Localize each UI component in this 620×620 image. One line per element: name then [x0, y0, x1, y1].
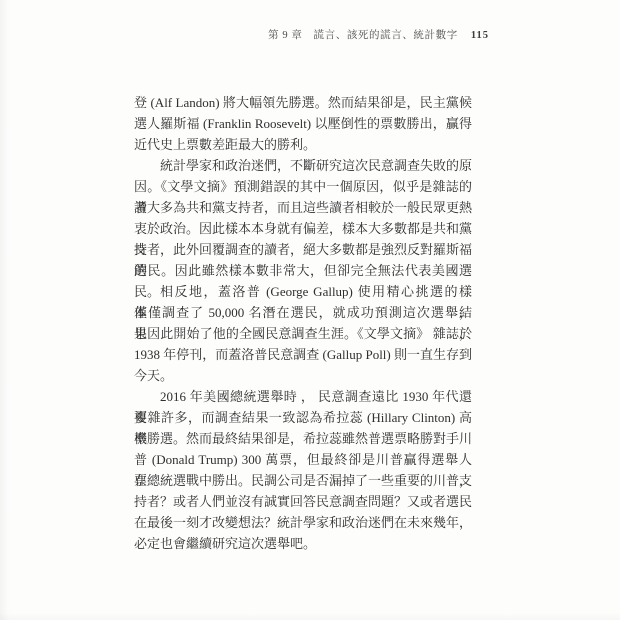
paragraph: 登 (Alf Landon) 將大幅領先勝選。然而結果卻是，民主黨候選人羅斯福 …	[134, 92, 472, 155]
text-line: 2016 年美國總統選舉時 ， 民意調查遠比 1930 年代還要	[134, 386, 472, 407]
text-line: 複雜許多，而調查結果一致認為希拉蕊 (Hillary Clinton) 高機	[134, 407, 472, 428]
text-line: 選民。因此雖然樣本數非常大，但卻完全無法代表美國選民。	[134, 260, 472, 281]
text-line: 衷於政治。因此樣本本身就有偏差，樣本大多數都是共和黨支	[134, 218, 472, 239]
text-line: 也因此開始了他的全國民意調查生涯。《文學文摘》 雜誌於	[134, 323, 472, 344]
text-line: 1938 年停刊，而蓋洛普民意調查 (Gallup Poll) 則一直生存到	[134, 344, 472, 365]
book-page: 第 9 章謊言、該死的謊言、統計數字115 登 (Alf Landon) 將大幅…	[0, 0, 620, 620]
text-line: 今天。	[134, 365, 472, 386]
paragraph: 相反地，蓋洛普 (George Gallup) 使用精心挑選的樣本，僅僅調查了 …	[134, 281, 472, 386]
text-line: 選人羅斯福 (Franklin Roosevelt) 以壓倒性的票數勝出，贏得	[134, 113, 472, 134]
page-number: 115	[471, 30, 489, 41]
text-line: 統計學家和政治迷們，不斷研究這次民意調查失敗的原	[134, 155, 472, 176]
text-line: 登 (Alf Landon) 將大幅領先勝選。然而結果卻是，民主黨候	[134, 92, 472, 113]
scan-edge-bottom	[0, 613, 620, 620]
text-line: 普 (Donald Trump) 300 萬票，但最終卻是川普贏得選舉人票，	[134, 449, 472, 470]
chapter-title: 謊言、該死的謊言、統計數字	[314, 30, 458, 41]
text-line: 者大多為共和黨支持者，而且這些讀者相較於一般民眾更熱	[134, 197, 472, 218]
text-line: 持者？或者人們並沒有誠實回答民意調查問題？又或者選民	[134, 491, 472, 512]
chapter-label: 第 9 章	[268, 30, 303, 41]
paragraph: 2016 年美國總統選舉時 ， 民意調查遠比 1930 年代還要複雜許多，而調查…	[134, 386, 472, 554]
running-header: 第 9 章謊言、該死的謊言、統計數字115	[268, 27, 489, 42]
text-line: 在總統選戰中勝出。民調公司是否漏掉了一些重要的川普支	[134, 470, 472, 491]
paragraph: 統計學家和政治迷們，不斷研究這次民意調查失敗的原因。《文學文摘》預測錯誤的其中一…	[134, 155, 472, 281]
scan-edge-left	[0, 0, 9, 620]
text-line: 相反地，蓋洛普 (George Gallup) 使用精心挑選的樣本，	[134, 281, 472, 302]
text-line: 持者，此外回覆調查的讀者，絕大多數都是強烈反對羅斯福的	[134, 239, 472, 260]
text-line: 因。《文學文摘》預測錯誤的其中一個原因，似乎是雜誌的讀	[134, 176, 472, 197]
text-line: 在最後一刻才改變想法？統計學家和政治迷們在未來幾年，	[134, 512, 472, 533]
text-line: 僅僅調查了 50,000 名潛在選民，就成功預測這次選舉結果，	[134, 302, 472, 323]
body-text: 登 (Alf Landon) 將大幅領先勝選。然而結果卻是，民主黨候選人羅斯福 …	[134, 92, 472, 554]
text-line: 率勝選。然而最終結果卻是，希拉蕊雖然普選票略勝對手川	[134, 428, 472, 449]
text-line: 近代史上票數差距最大的勝利。	[134, 134, 472, 155]
text-line: 必定也會繼續研究這次選舉吧。	[134, 533, 472, 554]
